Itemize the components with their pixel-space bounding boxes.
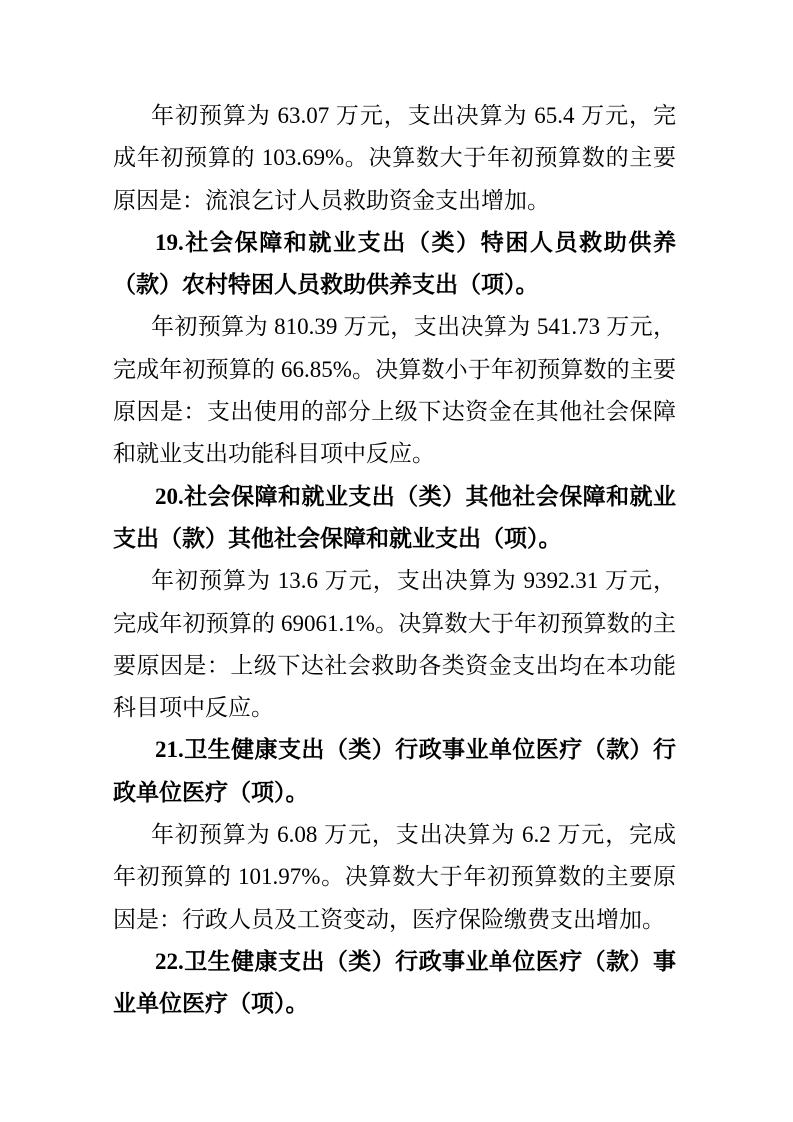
section-heading-item-20: 20.社会保障和就业支出（类）其他社会保障和就业支出（款）其他社会保障和就业支出… <box>113 476 676 561</box>
budget-detail-paragraph-item-19: 年初预算为 810.39 万元，支出决算为 541.73 万元，完成年初预算的 … <box>113 306 676 475</box>
budget-detail-paragraph-item-20: 年初预算为 13.6 万元，支出决算为 9392.31 万元，完成年初预算的 6… <box>113 560 676 729</box>
budget-detail-paragraph-item-21: 年初预算为 6.08 万元，支出决算为 6.2 万元，完成年初预算的 101.9… <box>113 814 676 941</box>
section-heading-item-21: 21.卫生健康支出（类）行政事业单位医疗（款）行政单位医疗（项）。 <box>113 729 676 814</box>
document-body: 年初预算为 63.07 万元，支出决算为 65.4 万元，完成年初预算的 103… <box>113 95 676 1026</box>
section-heading-item-19: 19.社会保障和就业支出（类）特困人员救助供养（款）农村特困人员救助供养支出（项… <box>113 222 676 307</box>
section-heading-item-22: 22.卫生健康支出（类）行政事业单位医疗（款）事业单位医疗（项）。 <box>113 941 676 1026</box>
document-page: 年初预算为 63.07 万元，支出决算为 65.4 万元，完成年初预算的 103… <box>0 0 793 1122</box>
budget-detail-paragraph-item-18: 年初预算为 63.07 万元，支出决算为 65.4 万元，完成年初预算的 103… <box>113 95 676 222</box>
